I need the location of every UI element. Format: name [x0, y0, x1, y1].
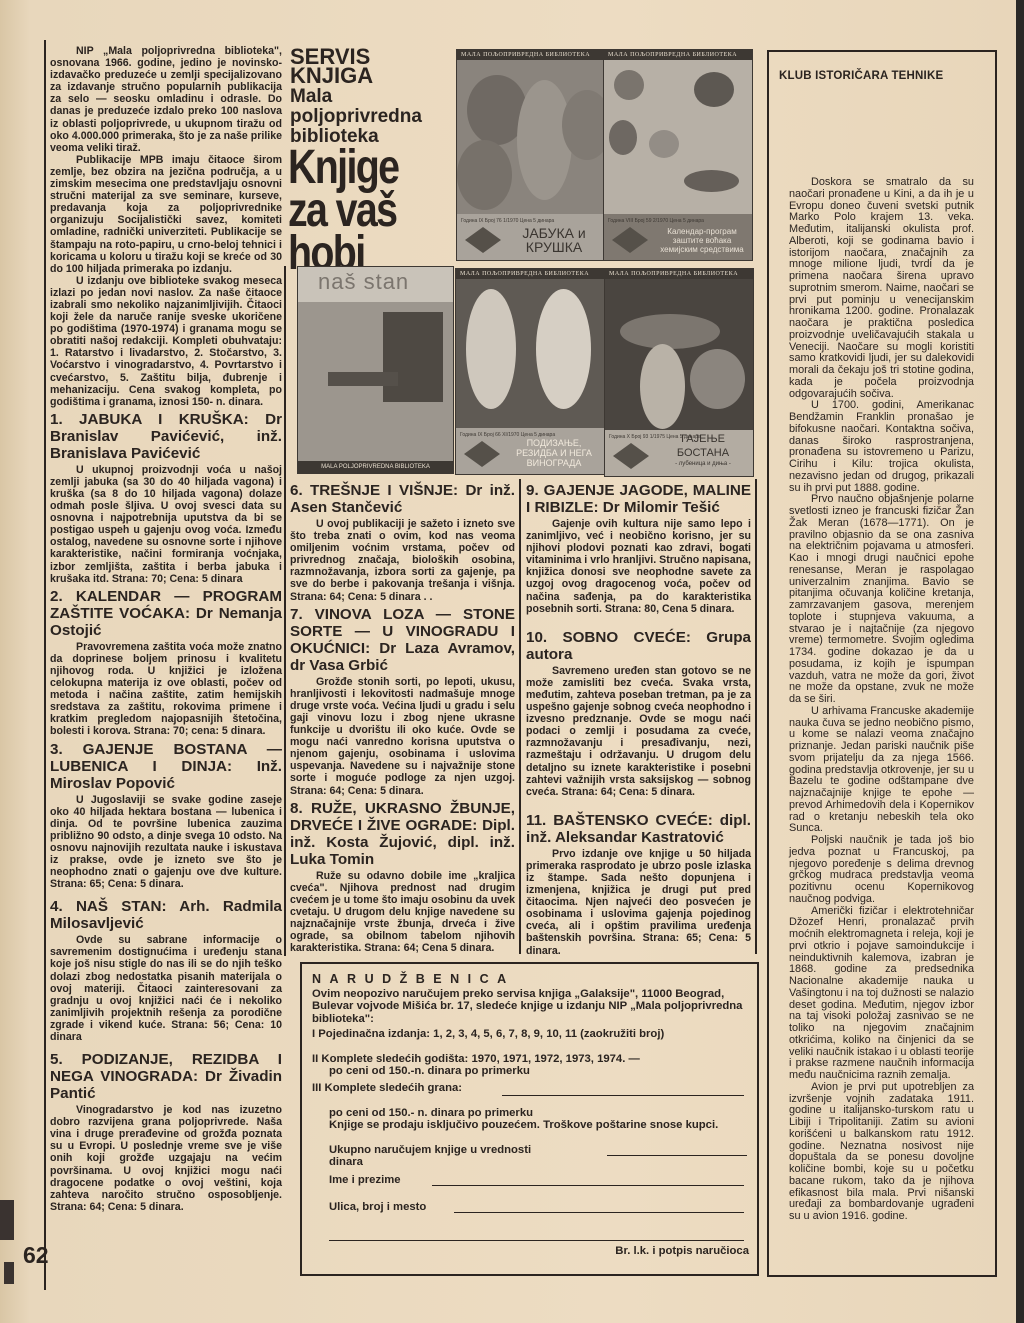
pmb-logo-icon — [465, 227, 501, 253]
intro-paragraph: Publikacije MPB imaju čitaoce širom zeml… — [50, 154, 282, 275]
sidebar-paragraph: U arhivama Francuske akademije nauka čuv… — [789, 706, 974, 835]
cover-meta: Година IX Број 66 XI/1970 Цена 5 динара — [460, 432, 600, 438]
order-signature-label: Br. l.k. i potpis naručioca — [615, 1245, 749, 1257]
order-form-intro: Ovim neopozivo naručujem preko servisa k… — [312, 988, 749, 1025]
page-edge-mark — [0, 1200, 14, 1240]
page-edge-mark — [4, 1262, 14, 1284]
cover-meta: Година IX Број 76 1/1970 Цена 5 динара — [461, 218, 599, 224]
table-image — [328, 372, 398, 386]
apple-image — [562, 90, 604, 160]
cover-meta: Година X Број 93 1/1975 Цена 5 динара — [609, 434, 749, 440]
fruit-illustration — [684, 170, 739, 192]
grapes-image — [536, 289, 591, 409]
cover-title: ПОДИЗАЊЕ, РЕЗИДБА И НЕГА ВИНОГРАДА — [508, 438, 600, 468]
column-rule — [284, 266, 286, 956]
sidebar-paragraph: Poljski naučnik je tada još bio jedva po… — [789, 835, 974, 906]
book-heading-2: 2. KALENDAR — PROGRAM ZAŠTITE VOĆAKA: Dr… — [50, 588, 282, 639]
intro-paragraph: NIP „Mala poljoprivredna biblioteka", os… — [50, 45, 282, 154]
address-input[interactable] — [454, 1212, 744, 1213]
order-option-single-issues[interactable]: I Pojedinačna izdanja: 1, 2, 3, 4, 5, 6,… — [312, 1028, 749, 1040]
signature-input[interactable] — [329, 1240, 744, 1241]
book-heading-9: 9. GAJENJE JAGODE, MALINE I RIBIZLE: Dr … — [526, 482, 751, 516]
book-heading-10: 10. SOBNO CVEĆE: Grupa autora — [526, 629, 751, 663]
book-heading-4: 4. NAŠ STAN: Arh. Radmila Milosavljević — [50, 898, 282, 932]
fruit-illustration — [609, 120, 637, 155]
book-heading-1: 1. JABUKA I KRUŠKA: Dr Branislav Pavićev… — [50, 411, 282, 462]
book-heading-7: 7. VINOVA LOZA — STONE SORTE — U VINOGRA… — [290, 606, 515, 674]
column-rule — [44, 40, 46, 1290]
fruit-illustration — [649, 130, 679, 158]
sidebar-paragraph: U 1700. godini, Amerikanac Bendžamin Fra… — [789, 400, 974, 494]
pmb-logo-icon — [613, 443, 649, 469]
cover-title: ЈАБУКА и КРУШКА — [509, 226, 599, 254]
magazine-page: NIP „Mala poljoprivredna biblioteka", os… — [0, 0, 1024, 1323]
order-form: NARUDŽBENICA Ovim neopozivo naručujem pr… — [300, 962, 759, 1276]
cover-band: МАЛА ПОЉОПРИВРЕДНА БИБЛИОТЕКА — [456, 269, 604, 279]
cover-band: МАЛА ПОЉОПРИВРЕДНА БИБЛИОТЕКА — [605, 269, 753, 279]
cover-title: naš stan — [318, 269, 409, 295]
melon-image — [690, 349, 745, 409]
book-text-9: Gajenje ovih kultura nije samo lepo i za… — [526, 518, 751, 615]
page-number: 62 — [23, 1242, 49, 1269]
fruit-illustration — [694, 72, 734, 107]
book-text-2: Pravovremena zaštita voća može znatno da… — [50, 641, 282, 738]
watermelon-image — [620, 314, 720, 349]
column-rule — [519, 479, 521, 954]
column-rule — [755, 479, 757, 954]
book-text-4: Ovde su sabrane informacije o savremenim… — [50, 934, 282, 1043]
sidebar-title: KLUB ISTORIČARA TEHNIKE — [779, 70, 989, 82]
book-text-5: Vinogradarstvo je kod nas izuzetno dobro… — [50, 1104, 282, 1213]
order-total-unit: dinara — [329, 1156, 363, 1168]
cover-band: MALA POLJOPRIVREDNA BIBLIOTEKA — [298, 461, 453, 473]
book-cover-jabuka: МАЛА ПОЉОПРИВРЕДНА БИБЛИОТЕКА ЈАБУКА и К… — [456, 49, 604, 261]
name-input[interactable] — [432, 1185, 744, 1186]
column-left: NIP „Mala poljoprivredna biblioteka", os… — [50, 45, 282, 1213]
column-middle: 6. TREŠNJE I VIŠNJE: Dr inž. Asen Stanče… — [290, 479, 515, 954]
total-value-input[interactable] — [607, 1155, 747, 1156]
pmb-logo-icon — [612, 227, 648, 253]
order-option-yearly-price: po ceni od 150.-n. dinara po primerku — [329, 1065, 749, 1077]
sidebar-paragraph: Avion je prvi put upotrebljen za izvršen… — [789, 1082, 974, 1223]
cover-band: МАЛА ПОЉОПРИВРЕДНА БИБЛИОТЕКА — [604, 50, 752, 60]
intro-paragraph: U izdanju ove biblioteke svakog meseca i… — [50, 275, 282, 408]
sidebar-text: Doskora se smatralo da su naočari pronađ… — [789, 177, 974, 1223]
order-name-label: Ime i prezime — [329, 1174, 401, 1186]
apple-image — [457, 140, 512, 210]
book-heading-8: 8. RUŽE, UKRASNO ŽBUNJE, DRVEĆE I ŽIVE O… — [290, 800, 515, 868]
book-text-3: U Jugoslaviji se svake godine zaseje oko… — [50, 794, 282, 891]
book-cover-vinograd: МАЛА ПОЉОПРИВРЕДНА БИБЛИОТЕКА ПОДИЗАЊЕ, … — [455, 268, 605, 475]
cover-title: Календар-програм заштите воћака хемијски… — [656, 227, 748, 254]
spine-mark: 5 — [0, 1226, 2, 1234]
book-heading-6: 6. TREŠNJE I VIŠNJE: Dr inž. Asen Stanče… — [290, 482, 515, 516]
order-cod-note: Knjige se prodaju isključivo pouzećem. T… — [329, 1119, 749, 1131]
cover-meta: Година VIII Број 59 2/1970 Цена 5 динара — [608, 218, 748, 224]
branch-sets-input[interactable] — [502, 1095, 744, 1096]
cabinet-image — [383, 312, 443, 402]
book-cover-kalendar: МАЛА ПОЉОПРИВРЕДНА БИБЛИОТЕКА Календар-п… — [603, 49, 753, 261]
order-form-title: NARUDŽBENICA — [312, 972, 515, 986]
order-option-branch-sets: III Komplete sledećih grana: — [312, 1082, 462, 1094]
cover-band: МАЛА ПОЉОПРИВРЕДНА БИБЛИОТЕКА — [457, 50, 603, 60]
sidebar-paragraph: Prvo naučno objašnjenje polarne svetlost… — [789, 494, 974, 706]
sidebar-paragraph: Doskora se smatralo da su naočari pronađ… — [789, 177, 974, 400]
cover-subtitle: - лубеница и диња - — [657, 457, 749, 471]
fruit-illustration — [614, 70, 644, 100]
watermelon-slice-image — [640, 344, 685, 429]
book-heading-5: 5. PODIZANJE, REZIDBA I NEGA VINOGRADA: … — [50, 1051, 282, 1102]
headline: Knjige za vaš hobi — [288, 146, 423, 275]
pmb-logo-icon — [464, 441, 500, 467]
section-title: SERVIS KNJIGA — [290, 47, 450, 85]
order-option-yearly-sets[interactable]: II Komplete sledećih godišta: 1970, 1971… — [312, 1053, 749, 1065]
book-cover-nas-stan: naš stan MALA POLJOPRIVREDNA BIBLIOTEKA — [297, 266, 454, 474]
book-text-1: U ukupnoj proizvodnji voća u našoj zemlj… — [50, 464, 282, 585]
section-subtitle: Mala poljoprivredna biblioteka — [290, 87, 450, 147]
book-text-11: Prvo izdanje ove knjige u 50 hiljada pri… — [526, 848, 751, 957]
book-text-10: Savremeno uređen stan gotovo se ne može … — [526, 665, 751, 798]
column-right-inner: 9. GAJENJE JAGODE, MALINE I RIBIZLE: Dr … — [526, 479, 751, 957]
book-heading-11: 11. BAŠTENSKO CVEĆE: dipl. inž. Aleksand… — [526, 812, 751, 846]
order-total-label: Ukupno naručujem knjige u vrednosti — [329, 1144, 531, 1156]
book-text-8: Ruže su odavno dobile ime „kraljica cveć… — [290, 870, 515, 955]
sidebar-box-klub: KLUB ISTORIČARA TEHNIKE Doskora se smatr… — [767, 50, 997, 1277]
grapes-image — [466, 289, 516, 409]
book-text-6: U ovoj publikaciji je sažeto i izneto sv… — [290, 518, 515, 603]
page-edge-shadow — [1016, 0, 1024, 1323]
order-branch-price: po ceni od 150.- n. dinara po primerku — [329, 1107, 749, 1119]
book-text-7: Grožđe stonih sorti, po lepoti, ukusu, h… — [290, 676, 515, 797]
book-heading-3: 3. GAJENJE BOSTANA — LUBENICA I DINJA: I… — [50, 741, 282, 792]
order-address-label: Ulica, broj i mesto — [329, 1201, 426, 1213]
sidebar-paragraph: Američki fizičar i elektrotehničar Džoze… — [789, 906, 974, 1082]
book-cover-bostan: МАЛА ПОЉОПРИВРЕДНА БИБЛИОТЕКА ГАЈЕЊЕ БОС… — [604, 268, 754, 477]
